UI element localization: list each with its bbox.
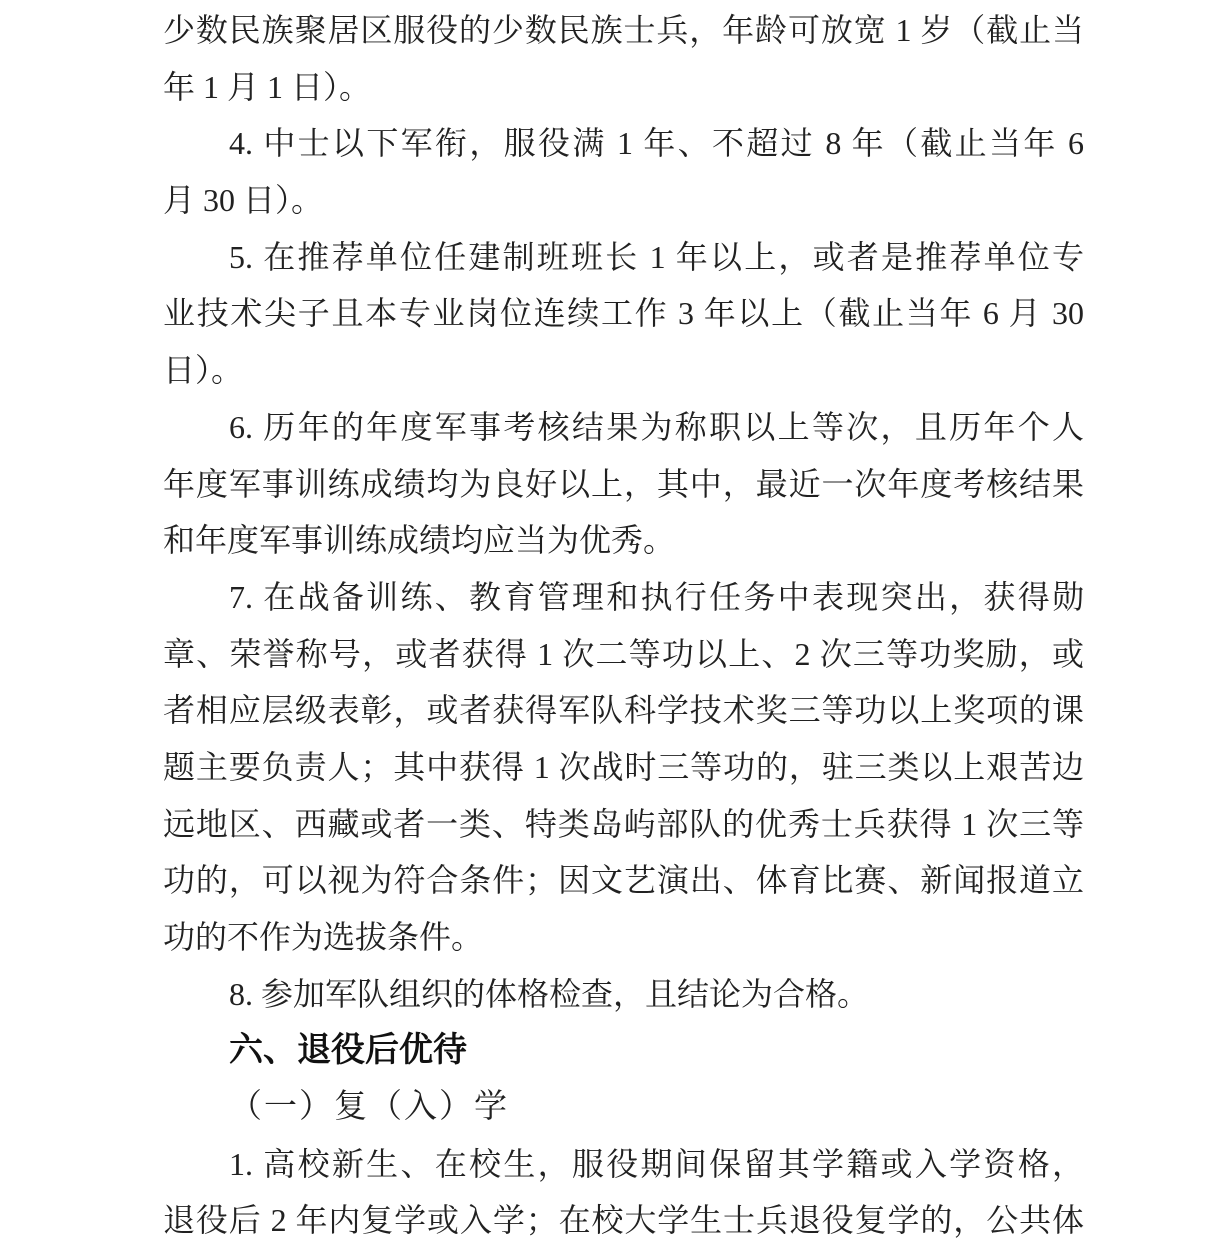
text-line-2: 年 1 月 1 日）。 xyxy=(163,59,1084,116)
text-line-5: 5. 在推荐单位任建制班班长 1 年以上，或者是推荐单位专 xyxy=(163,229,1084,286)
text-line-1: 少数民族聚居区服役的少数民族士兵，年龄可放宽 1 岁（截止当 xyxy=(163,2,1084,59)
text-line-15: 远地区、西藏或者一类、特类岛屿部队的优秀士兵获得 1 次三等 xyxy=(163,796,1084,853)
text-line-22: 退役后 2 年内复学或入学；在校大学生士兵退役复学的，公共体 xyxy=(163,1192,1084,1248)
text-line-8: 6. 历年的年度军事考核结果为称职以上等次，且历年个人 xyxy=(163,399,1084,456)
text-line-17: 功的不作为选拔条件。 xyxy=(163,909,1084,966)
text-line-16: 功的，可以视为符合条件；因文艺演出、体育比赛、新闻报道立 xyxy=(163,852,1084,909)
text-line-7: 日）。 xyxy=(163,342,1084,399)
text-line-3: 4. 中士以下军衔，服役满 1 年、不超过 8 年（截止当年 6 xyxy=(163,115,1084,172)
text-line-21: 1. 高校新生、在校生，服役期间保留其学籍或入学资格， xyxy=(163,1136,1084,1193)
text-line-19: 六、退役后优待 xyxy=(163,1022,1084,1079)
text-line-13: 者相应层级表彰，或者获得军队科学技术奖三等功以上奖项的课 xyxy=(163,682,1084,739)
text-line-20: （一）复（入）学 xyxy=(163,1079,1084,1136)
text-line-14: 题主要负责人；其中获得 1 次战时三等功的，驻三类以上艰苦边 xyxy=(163,739,1084,796)
document-text-block: 少数民族聚居区服役的少数民族士兵，年龄可放宽 1 岁（截止当年 1 月 1 日）… xyxy=(163,2,1084,1248)
text-line-12: 章、荣誉称号，或者获得 1 次二等功以上、2 次三等功奖励，或 xyxy=(163,626,1084,683)
document-page: 少数民族聚居区服役的少数民族士兵，年龄可放宽 1 岁（截止当年 1 月 1 日）… xyxy=(0,0,1224,1248)
text-line-18: 8. 参加军队组织的体格检查，且结论为合格。 xyxy=(163,966,1084,1023)
text-line-10: 和年度军事训练成绩均应当为优秀。 xyxy=(163,512,1084,569)
text-line-4: 月 30 日）。 xyxy=(163,172,1084,229)
text-line-6: 业技术尖子且本专业岗位连续工作 3 年以上（截止当年 6 月 30 xyxy=(163,285,1084,342)
text-line-11: 7. 在战备训练、教育管理和执行任务中表现突出，获得勋 xyxy=(163,569,1084,626)
text-line-9: 年度军事训练成绩均为良好以上，其中，最近一次年度考核结果 xyxy=(163,456,1084,513)
